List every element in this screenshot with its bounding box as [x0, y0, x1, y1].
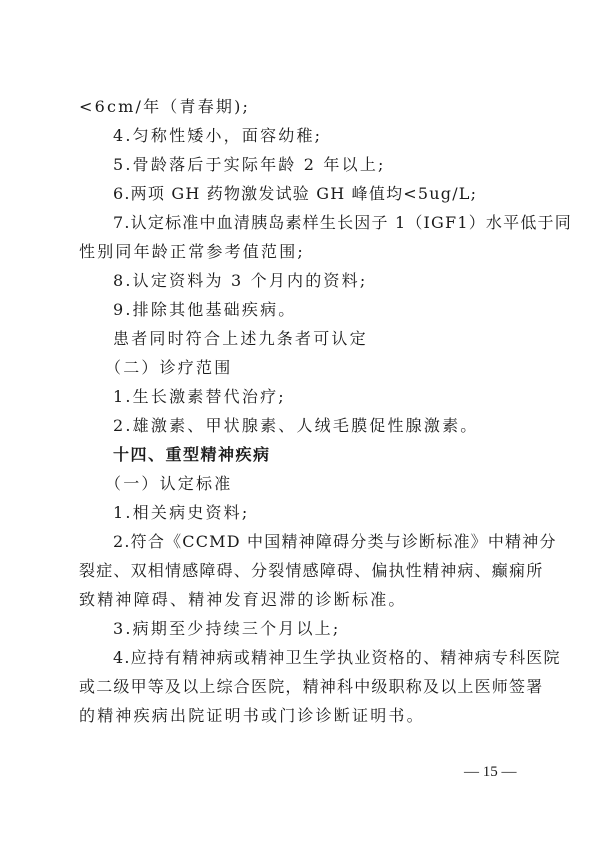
- list-item-7: 7.认定标准中血清胰岛素样生长因子 1（IGF1）水平低于同: [79, 208, 520, 237]
- document-page: <6cm/年（青春期); 4.匀称性矮小，面容幼稚; 5.骨龄落后于实际年龄 2…: [79, 92, 520, 730]
- text-line-continuation: 的精神疾病出院证明书或门诊诊断证明书。: [79, 701, 520, 730]
- section-heading: 十四、重型精神疾病: [79, 440, 520, 469]
- list-item-criteria-3: 3.病期至少持续三个月以上;: [79, 614, 520, 643]
- list-item-criteria-4: 4.应持有精神病或精神卫生学执业资格的、精神病专科医院: [79, 643, 520, 672]
- text-line-continuation: 裂症、双相情感障碍、分裂情感障碍、偏执性精神病、癫痫所: [79, 556, 520, 585]
- subheading-criteria: （一）认定标准: [79, 469, 520, 498]
- list-item-9: 9.排除其他基础疾病。: [79, 295, 520, 324]
- list-item-8: 8.认定资料为 3 个月内的资料;: [79, 266, 520, 295]
- list-item-4: 4.匀称性矮小，面容幼稚;: [79, 121, 520, 150]
- list-item-treatment-1: 1.生长激素替代治疗;: [79, 382, 520, 411]
- list-item-5: 5.骨龄落后于实际年龄 2 年以上;: [79, 150, 520, 179]
- text-line-continuation: 或二级甲等及以上综合医院，精神科中级职称及以上医师签署: [79, 672, 520, 701]
- page-number: — 15 —: [464, 764, 517, 781]
- summary-line: 患者同时符合上述九条者可认定: [79, 324, 520, 353]
- list-item-6: 6.两项 GH 药物激发试验 GH 峰值均<5ug/L;: [79, 179, 520, 208]
- list-item-treatment-2: 2.雄激素、甲状腺素、人绒毛膜促性腺激素。: [79, 411, 520, 440]
- subheading-treatment-scope: （二）诊疗范围: [79, 353, 520, 382]
- text-line-continuation: <6cm/年（青春期);: [79, 92, 520, 121]
- text-line-continuation: 性别同年龄正常参考值范围;: [79, 237, 520, 266]
- list-item-criteria-2: 2.符合《CCMD 中国精神障碍分类与诊断标准》中精神分: [79, 527, 520, 556]
- text-line-continuation: 致精神障碍、精神发育迟滞的诊断标准。: [79, 585, 520, 614]
- list-item-criteria-1: 1.相关病史资料;: [79, 498, 520, 527]
